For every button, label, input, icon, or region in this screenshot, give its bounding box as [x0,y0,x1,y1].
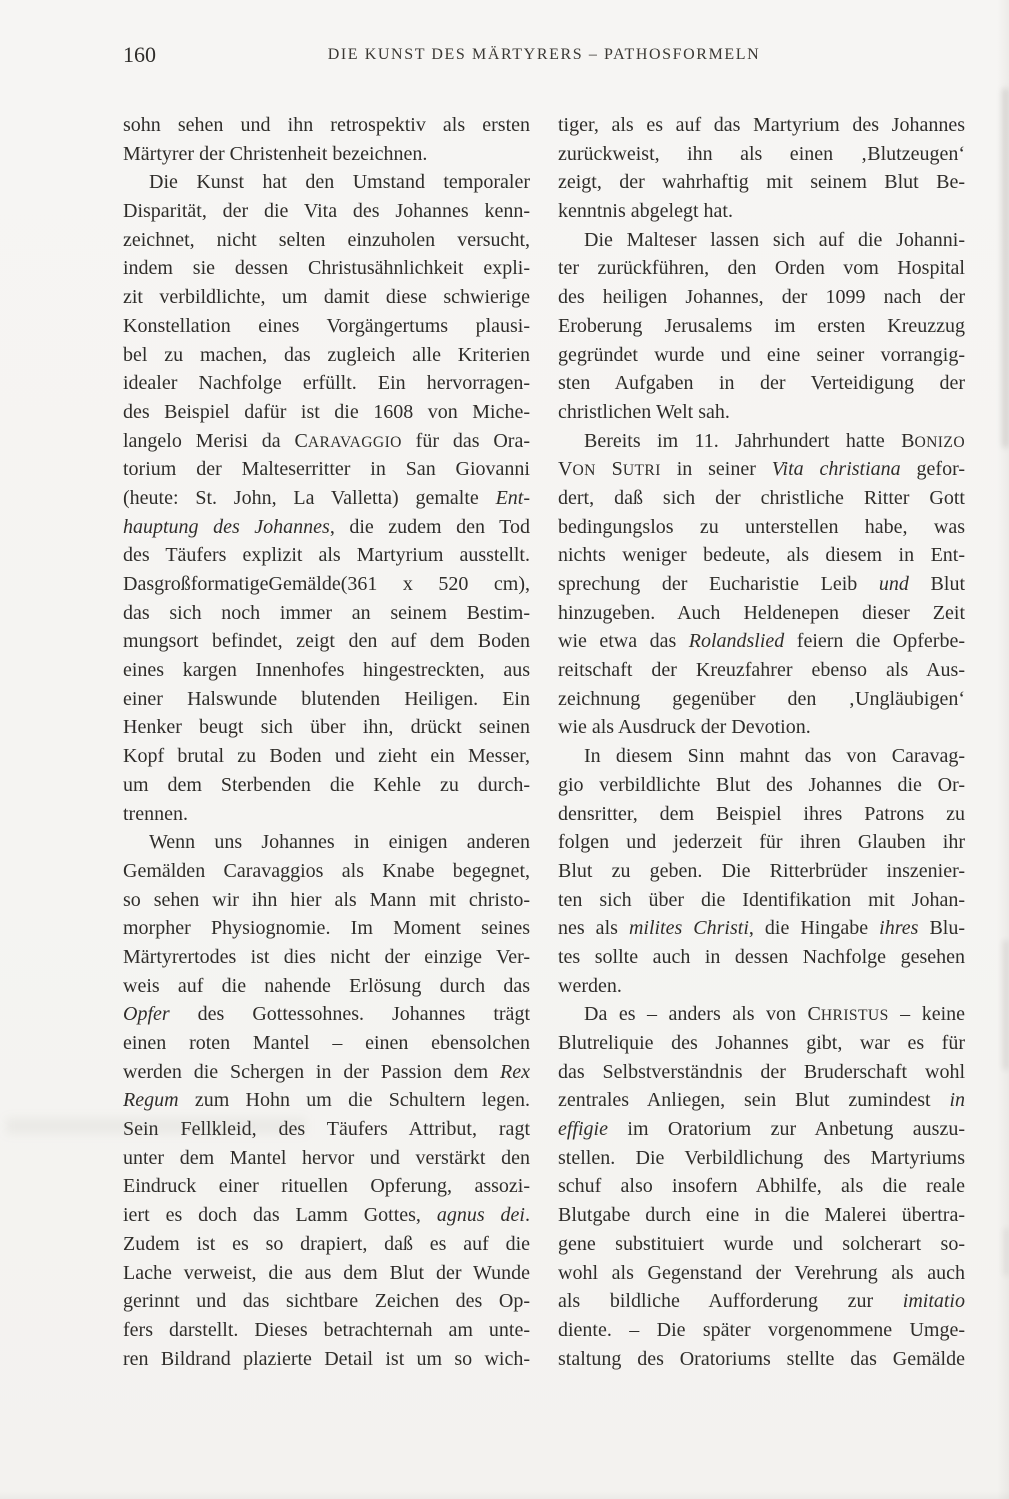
text-line: werden. [558,972,965,1001]
text-line: In diesem Sinn mahnt das von Caravag- [558,742,965,771]
text-line: DasgroßformatigeGemälde(361 x 520 cm), [123,570,530,599]
text-line: Blutgabe durch eine in die Malerei übert… [558,1201,965,1230]
small-caps-text: HRISTUS [821,1007,889,1024]
text-line: unter dem Mantel hervor und verstärkt de… [123,1144,530,1173]
text-line: Regum zum Hohn um die Schultern legen. [123,1086,530,1115]
text-column-right: tiger, als es auf das Martyrium des Joha… [558,111,965,1373]
text-line: eines kargen Innenhofes hingestreckten, … [123,656,530,685]
text-line: weis auf die nahende Erlösung durch das [123,972,530,1001]
text-line: einer Halswunde blutenden Heiligen. Ein [123,685,530,714]
text-line: gerinnt und das sichtbare Zeichen des Op… [123,1287,530,1316]
text-line: sohn sehen und ihn retrospektiv als erst… [123,111,530,140]
text-line: langelo Merisi da CARAVAGGIO für das Ora… [123,427,530,456]
text-line: kenntnis abgelegt hat. [558,197,965,226]
text-line: reitschaft der Kreuzfahrer ebenso als Au… [558,656,965,685]
text-line: des Täufers explizit als Martyrium ausst… [123,541,530,570]
text-line: zit verbildlichte, um damit diese schwie… [123,283,530,312]
text-line: Disparität, der die Vita des Johannes ke… [123,197,530,226]
text-line: als bildliche Aufforderung zur imitatio [558,1287,965,1316]
text-line: tiger, als es auf das Martyrium des Joha… [558,111,965,140]
text-line: ren Bildrand plazierte Detail ist um so … [123,1345,530,1374]
text-line: trennen. [123,800,530,829]
text-line: zeichnung gegenüber den ‚Ungläubigen‘ [558,685,965,714]
text-line: densritter, dem Beispiel ihres Patrons z… [558,800,965,829]
small-caps-text: ARAVAGGIO [308,434,402,451]
text-line: fers darstellt. Dieses betrachternah am … [123,1316,530,1345]
text-line: dert, daß sich der christliche Ritter Go… [558,484,965,513]
text-line: einen roten Mantel – einen ebensolchen [123,1029,530,1058]
text-line: staltung des Oratoriums stellte das Gemä… [558,1345,965,1374]
text-column-left: sohn sehen und ihn retrospektiv als erst… [123,111,530,1373]
text-line: hinzugeben. Auch Heldenepen dieser Zeit [558,599,965,628]
text-line: Eroberung Jerusalems im ersten Kreuzzug [558,312,965,341]
text-line: gio verbildlichte Blut des Johannes die … [558,771,965,800]
text-line: Kopf brutal zu Boden und zieht ein Messe… [123,742,530,771]
scan-smudge [1002,88,1009,448]
text-line: ter zurückführen, den Orden vom Hospital [558,254,965,283]
text-line: wie als Ausdruck der Devotion. [558,713,965,742]
text-line: tes sollte auch in dessen Nachfolge gese… [558,943,965,972]
text-line: zurückweist, ihn als einen ‚Blutzeugen‘ [558,140,965,169]
text-line: Zudem ist es so drapiert, daß es auf die [123,1230,530,1259]
text-line: Opfer des Gottessohnes. Johannes trägt [123,1000,530,1029]
text-line: gene substituiert wurde und solcherart s… [558,1230,965,1259]
text-line: Blut zu geben. Die Ritterbrüder inszenie… [558,857,965,886]
text-line: bel zu machen, das zugleich alle Kriteri… [123,341,530,370]
text-line: nichts weniger bedeute, als diesem in En… [558,541,965,570]
text-line: Eindruck einer rituellen Opferung, assoz… [123,1172,530,1201]
text-line: Märtyrertodes ist dies nicht der einzige… [123,943,530,972]
text-line: schuf also insofern Abhilfe, als die rea… [558,1172,965,1201]
text-line: wie etwa das Rolandslied feiern die Opfe… [558,627,965,656]
text-line: bedingungslos zu unterstellen habe, was [558,513,965,542]
text-line: Henker beugt sich über ihn, drückt seine… [123,713,530,742]
text-line: christlichen Welt sah. [558,398,965,427]
text-columns: sohn sehen und ihn retrospektiv als erst… [123,111,965,1373]
text-line: Gemälden Caravaggios als Knabe begegnet, [123,857,530,886]
text-line: zeichnet, nicht selten einzuholen versuc… [123,226,530,255]
text-line: des heiligen Johannes, der 1099 nach der [558,283,965,312]
text-line: Die Kunst hat den Umstand temporaler [123,168,530,197]
text-line: nes als milites Christi, die Hingabe ihr… [558,914,965,943]
text-line: (heute: St. John, La Valletta) gemalte E… [123,484,530,513]
text-line: Bereits im 11. Jahrhundert hatte BONIZO [558,427,965,456]
text-line: so sehen wir ihn hier als Mann mit chris… [123,886,530,915]
text-line: Da es – anders als von CHRISTUS – keine [558,1000,965,1029]
scan-smudge [1004,1228,1009,1276]
text-line: ten sich über die Identifikation mit Joh… [558,886,965,915]
text-line: Wenn uns Johannes in einigen anderen [123,828,530,857]
text-line: Konstellation eines Vorgängertums plausi… [123,312,530,341]
small-caps-text: ONIZO [914,434,965,451]
text-line: zeigt, der wahrhaftig mit seinem Blut Be… [558,168,965,197]
text-line: sten Aufgaben in der Verteidigung der [558,369,965,398]
text-line: morpher Physiognomie. Im Moment seines [123,914,530,943]
page-showthrough-ghost [6,1118,306,1134]
small-caps-text: ON [572,462,595,479]
text-line: idealer Nachfolge erfüllt. Ein hervorrag… [123,369,530,398]
text-line: werden die Schergen in der Passion dem R… [123,1058,530,1087]
text-line: folgen und jederzeit für ihren Glauben i… [558,828,965,857]
running-head: DIE KUNST DES MÄRTYRERS – PATHOSFORMELN [123,46,965,64]
text-line: iert es doch das Lamm Gottes, agnus dei. [123,1201,530,1230]
text-line: torium der Malteserritter in San Giovann… [123,455,530,484]
text-line: Die Malteser lassen sich auf die Johanni… [558,226,965,255]
text-line: diente. – Die später vorgenommene Umge- [558,1316,965,1345]
book-page: 160 DIE KUNST DES MÄRTYRERS – PATHOSFORM… [0,0,1009,1499]
text-line: das sich noch immer an seinem Bestim- [123,599,530,628]
text-line: um dem Sterbenden die Kehle zu durch- [123,771,530,800]
small-caps-text: UTRI [623,462,661,479]
text-line: das Selbstverständnis der Bruderschaft w… [558,1058,965,1087]
text-line: VON SUTRI in seiner Vita christiana gefo… [558,455,965,484]
text-line: zentrales Anliegen, sein Blut zumindest … [558,1086,965,1115]
text-line: wohl als Gegenstand der Verehrung als au… [558,1259,965,1288]
text-line: indem sie dessen Christusähnlichkeit exp… [123,254,530,283]
text-line: Lache verweist, die aus dem Blut der Wun… [123,1259,530,1288]
scan-smudge [1003,940,1009,1070]
text-line: Märtyrer der Christenheit bezeichnen. [123,140,530,169]
text-line: effigie im Oratorium zur Anbetung auszu- [558,1115,965,1144]
text-line: gegründet wurde und eine seiner vorrangi… [558,341,965,370]
text-line: des Beispiel dafür ist die 1608 von Mich… [123,398,530,427]
text-line: stellen. Die Verbildlichung des Martyriu… [558,1144,965,1173]
text-line: mungsort befindet, zeigt den auf dem Bod… [123,627,530,656]
text-line: Blutreliquie des Johannes gibt, war es f… [558,1029,965,1058]
scan-edge-shadow-bottom [0,1491,1009,1499]
text-line: sprechung der Eucharistie Leib und Blut [558,570,965,599]
text-line: hauptung des Johannes, die zudem den Tod [123,513,530,542]
